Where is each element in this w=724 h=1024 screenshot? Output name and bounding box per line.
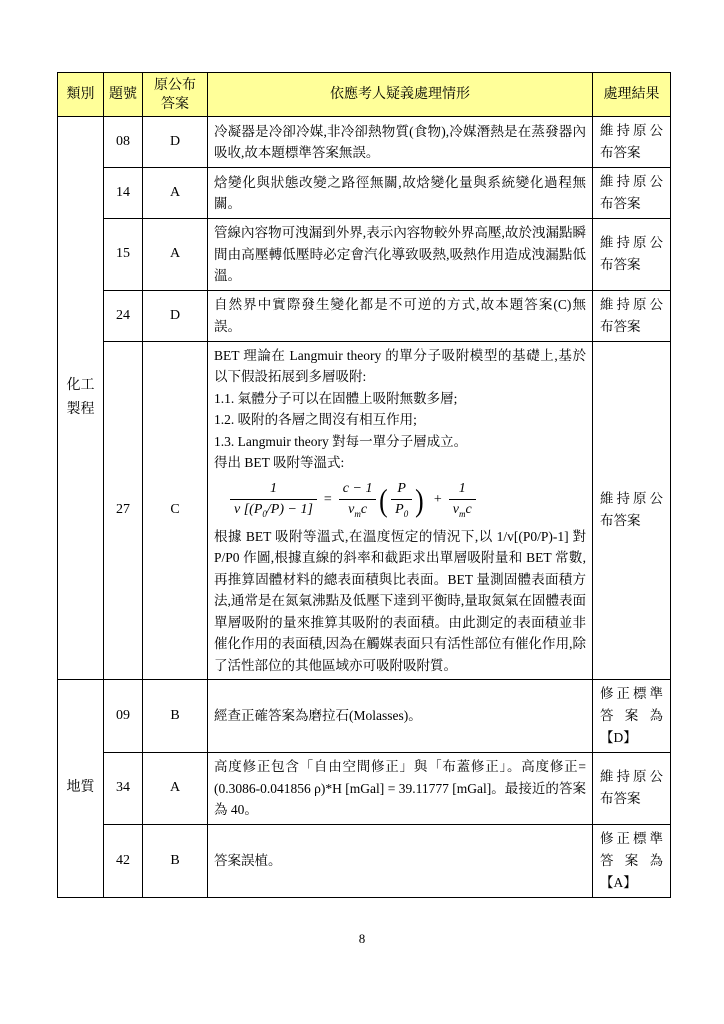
handling-text: 管線內容物可洩漏到外界,表示內容物較外界高壓,故於洩漏點瞬間由高壓轉低壓時必定會… [208, 219, 593, 291]
header-handling: 依應考人疑義處理情形 [208, 73, 593, 117]
table-row-q14: 14 A 焓變化與狀態改變之路徑無關,故焓變化量與系統變化過程無關。 維持原公布… [58, 168, 671, 219]
question-no: 27 [104, 341, 143, 680]
original-answer: C [143, 341, 208, 680]
lhs-den-part-a: v [(P [234, 502, 262, 517]
result-text: 維持原公布答案 [593, 219, 671, 291]
header-original-answer: 原公布 答案 [143, 73, 208, 117]
result-text: 維持原公布答案 [593, 168, 671, 219]
table-row-q09: 地質 09 B 經查正確答案為磨拉石(Molasses)。 修正標準答案為【D】 [58, 680, 671, 753]
bet-assumption-2: 1.2. 吸附的各層之間沒有相互作用; [214, 409, 586, 431]
formula-lhs-numerator: 1 [230, 481, 317, 500]
original-answer: D [143, 117, 208, 168]
formula-lhs-denominator: v [(P0/P) − 1] [230, 500, 317, 519]
handling-text: 答案誤植。 [208, 824, 593, 897]
result-text: 維持原公布答案 [593, 753, 671, 825]
pressure-denominator: P0 [391, 500, 412, 519]
question-no: 34 [104, 753, 143, 825]
page-number: 8 [0, 931, 724, 947]
original-answer: B [143, 824, 208, 897]
handling-text: 冷凝器是冷卻冷媒,非冷卻熱物質(食物),冷媒潛熱是在蒸發器內吸收,故本題標準答案… [208, 117, 593, 168]
handling-text: 焓變化與狀態改變之路徑無關,故焓變化量與系統變化過程無關。 [208, 168, 593, 219]
original-answer: A [143, 219, 208, 291]
category-cell-geology: 地質 [58, 680, 104, 898]
var-p0: P [395, 502, 404, 517]
formula-lhs-fraction: 1 v [(P0/P) − 1] [230, 481, 317, 519]
var-c: c [465, 502, 471, 517]
handling-text: 自然界中實際發生變化都是不可逆的方式,故本題答案(C)無誤。 [208, 290, 593, 341]
bet-intro: BET 理論在 Langmuir theory 的單分子吸附模型的基礎上,基於以… [214, 345, 586, 388]
original-answer: A [143, 168, 208, 219]
equals-sign: = [324, 492, 332, 508]
pressure-numerator: P [391, 481, 412, 500]
header-question-no: 題號 [104, 73, 143, 117]
sub-zero: 0 [404, 508, 409, 518]
intercept-numerator: 1 [449, 481, 476, 500]
header-row: 類別 題號 原公布 答案 依應考人疑義處理情形 處理結果 [58, 73, 671, 117]
result-text: 維持原公布答案 [593, 117, 671, 168]
table-row-q27: 27 C BET 理論在 Langmuir theory 的單分子吸附模型的基礎… [58, 341, 671, 680]
slope-numerator: c − 1 [339, 481, 377, 500]
pressure-ratio-fraction: P P0 [391, 481, 412, 519]
question-no: 24 [104, 290, 143, 341]
result-text: 修正標準答案為【A】 [593, 824, 671, 897]
original-answer: D [143, 290, 208, 341]
bet-explanation: 根據 BET 吸附等溫式,在溫度恆定的情況下,以 1/v[(P0/P)-1] 對… [214, 526, 586, 677]
question-no: 14 [104, 168, 143, 219]
intercept-denominator: vmc [449, 500, 476, 519]
table-row-q08: 化工 製程 08 D 冷凝器是冷卻冷媒,非冷卻熱物質(食物),冷媒潛熱是在蒸發器… [58, 117, 671, 168]
table-row-q15: 15 A 管線內容物可洩漏到外界,表示內容物較外界高壓,故於洩漏點瞬間由高壓轉低… [58, 219, 671, 291]
handling-text: 高度修正包含「自由空間修正」與「布蓋修正」。高度修正=(0.3086-0.041… [208, 753, 593, 825]
document-page: 類別 題號 原公布 答案 依應考人疑義處理情形 處理結果 化工 製程 08 D … [0, 0, 724, 1024]
lhs-den-part-b: /P) − 1] [267, 502, 313, 517]
question-no: 42 [104, 824, 143, 897]
original-answer: A [143, 753, 208, 825]
result-text: 維持原公布答案 [593, 341, 671, 680]
table-row-q34: 34 A 高度修正包含「自由空間修正」與「布蓋修正」。高度修正=(0.3086-… [58, 753, 671, 825]
formula-slope-fraction: c − 1 vmc [339, 481, 377, 519]
bet-assumption-1: 1.1. 氣體分子可以在固體上吸附無數多層; [214, 388, 586, 410]
question-no: 09 [104, 680, 143, 753]
slope-denominator: vmc [339, 500, 377, 519]
handling-text: 經查正確答案為磨拉石(Molasses)。 [208, 680, 593, 753]
bet-assumption-3: 1.3. Langmuir theory 對每一單分子層成立。 [214, 431, 586, 453]
table-row-q24: 24 D 自然界中實際發生變化都是不可逆的方式,故本題答案(C)無誤。 維持原公… [58, 290, 671, 341]
plus-sign: + [434, 492, 442, 508]
var-c: c [361, 502, 367, 517]
bet-lead-in: 得出 BET 吸附等溫式: [214, 452, 586, 474]
header-category: 類別 [58, 73, 104, 117]
result-text: 修正標準答案為【D】 [593, 680, 671, 753]
formula-intercept-fraction: 1 vmc [449, 481, 476, 519]
handling-text-bet: BET 理論在 Langmuir theory 的單分子吸附模型的基礎上,基於以… [208, 341, 593, 680]
table-row-q42: 42 B 答案誤植。 修正標準答案為【A】 [58, 824, 671, 897]
question-no: 15 [104, 219, 143, 291]
question-no: 08 [104, 117, 143, 168]
header-result: 處理結果 [593, 73, 671, 117]
dispute-resolution-table: 類別 題號 原公布 答案 依應考人疑義處理情形 處理結果 化工 製程 08 D … [57, 72, 671, 898]
category-cell-chem-process: 化工 製程 [58, 117, 104, 680]
bet-isotherm-formula: 1 v [(P0/P) − 1] = c − 1 vmc ( P P0 ) + [230, 481, 586, 519]
result-text: 維持原公布答案 [593, 290, 671, 341]
original-answer: B [143, 680, 208, 753]
